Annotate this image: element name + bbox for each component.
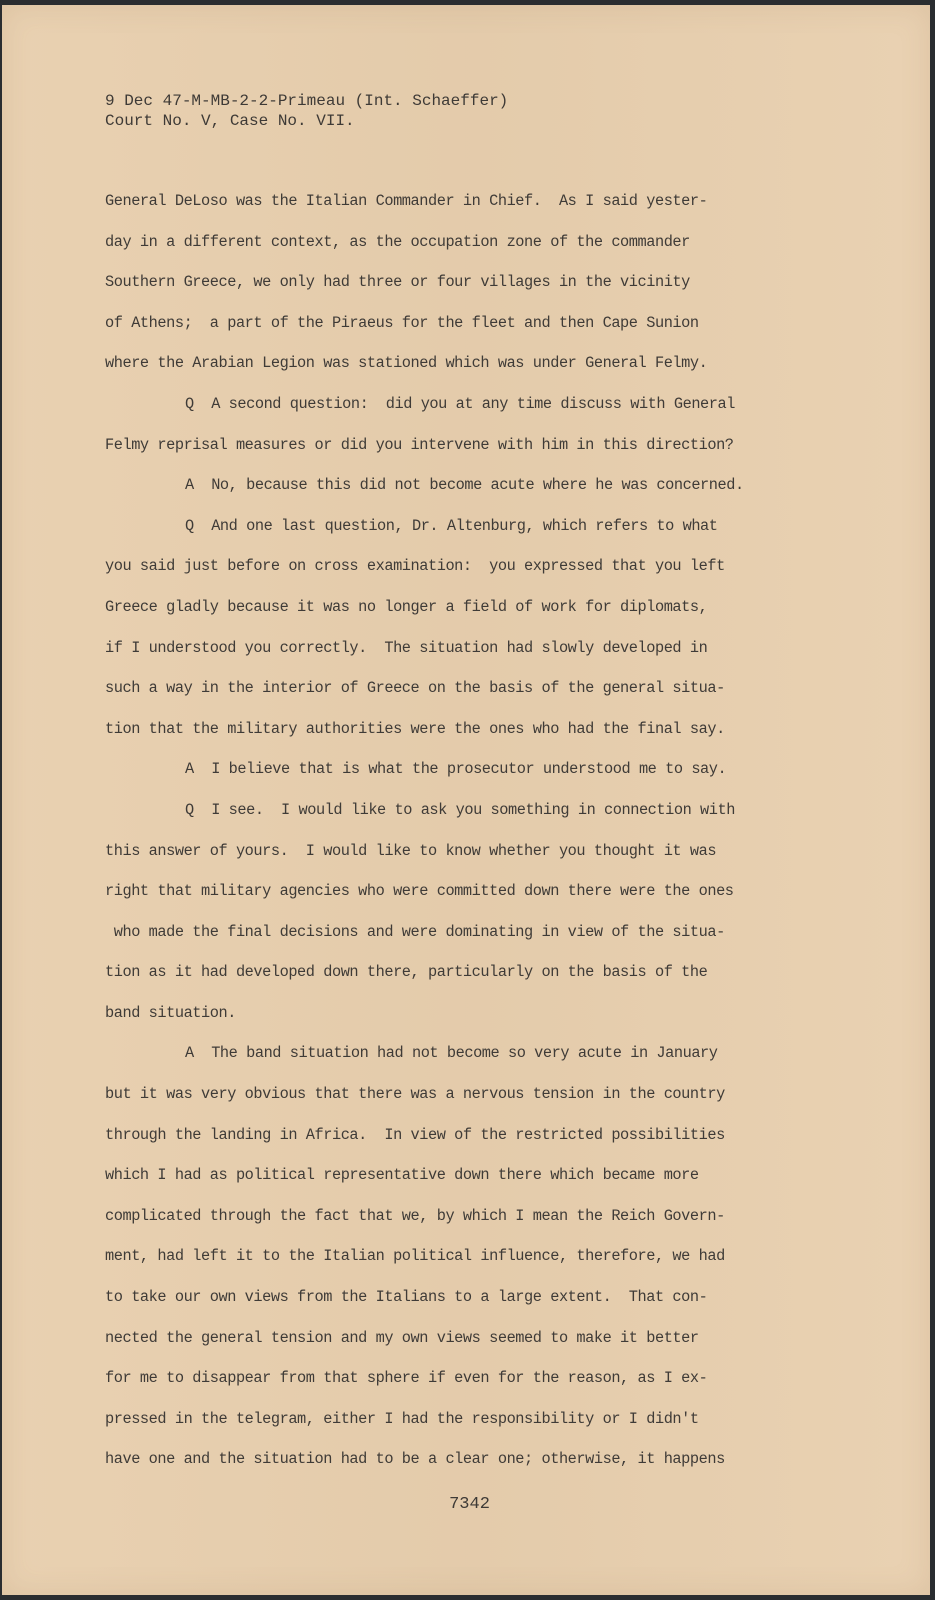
transcript-line: tion that the military authorities were … [105, 709, 845, 750]
transcript-line: have one and the situation had to be a c… [105, 1439, 845, 1480]
transcript-line: this answer of yours. I would like to kn… [105, 831, 845, 872]
transcript-line: Q And one last question, Dr. Altenburg, … [105, 506, 845, 547]
transcript-line: A I believe that is what the prosecutor … [105, 749, 845, 790]
transcript-line: but it was very obvious that there was a… [105, 1074, 845, 1115]
document-header: 9 Dec 47-M-MB-2-2-Primeau (Int. Schaeffe… [105, 91, 508, 131]
transcript-line: tion as it had developed down there, par… [105, 952, 845, 993]
transcript-line: nected the general tension and my own vi… [105, 1318, 845, 1359]
transcript-line: of Athens; a part of the Piraeus for the… [105, 303, 845, 344]
transcript-line: Greece gladly because it was no longer a… [105, 587, 845, 628]
transcript-line: General DeLoso was the Italian Commander… [105, 181, 845, 222]
transcript-line: ment, had left it to the Italian politic… [105, 1236, 845, 1277]
transcript-line: Q A second question: did you at any time… [105, 384, 845, 425]
transcript-line: through the landing in Africa. In view o… [105, 1115, 845, 1156]
transcript-line: A No, because this did not become acute … [105, 465, 845, 506]
header-line-court: Court No. V, Case No. VII. [105, 111, 508, 131]
transcript-line: for me to disappear from that sphere if … [105, 1358, 845, 1399]
header-line-session: 9 Dec 47-M-MB-2-2-Primeau (Int. Schaeffe… [105, 91, 508, 111]
transcript-body: General DeLoso was the Italian Commander… [105, 181, 845, 1480]
transcript-line: pressed in the telegram, either I had th… [105, 1399, 845, 1440]
transcript-line: which I had as political representative … [105, 1155, 845, 1196]
transcript-line: you said just before on cross examinatio… [105, 546, 845, 587]
transcript-line: Q I see. I would like to ask you somethi… [105, 790, 845, 831]
transcript-line: where the Arabian Legion was stationed w… [105, 343, 845, 384]
transcript-line: who made the final decisions and were do… [105, 912, 845, 953]
transcript-line: if I understood you correctly. The situa… [105, 628, 845, 669]
transcript-line: right that military agencies who were co… [105, 871, 845, 912]
document-page: 9 Dec 47-M-MB-2-2-Primeau (Int. Schaeffe… [2, 5, 930, 1595]
transcript-line: Felmy reprisal measures or did you inter… [105, 425, 845, 466]
transcript-line: complicated through the fact that we, by… [105, 1196, 845, 1237]
transcript-line: A The band situation had not become so v… [105, 1033, 845, 1074]
page-number: 7342 [2, 1495, 935, 1514]
transcript-line: such a way in the interior of Greece on … [105, 668, 845, 709]
transcript-line: to take our own views from the Italians … [105, 1277, 845, 1318]
transcript-line: band situation. [105, 993, 845, 1034]
transcript-line: day in a different context, as the occup… [105, 222, 845, 263]
transcript-line: Southern Greece, we only had three or fo… [105, 262, 845, 303]
